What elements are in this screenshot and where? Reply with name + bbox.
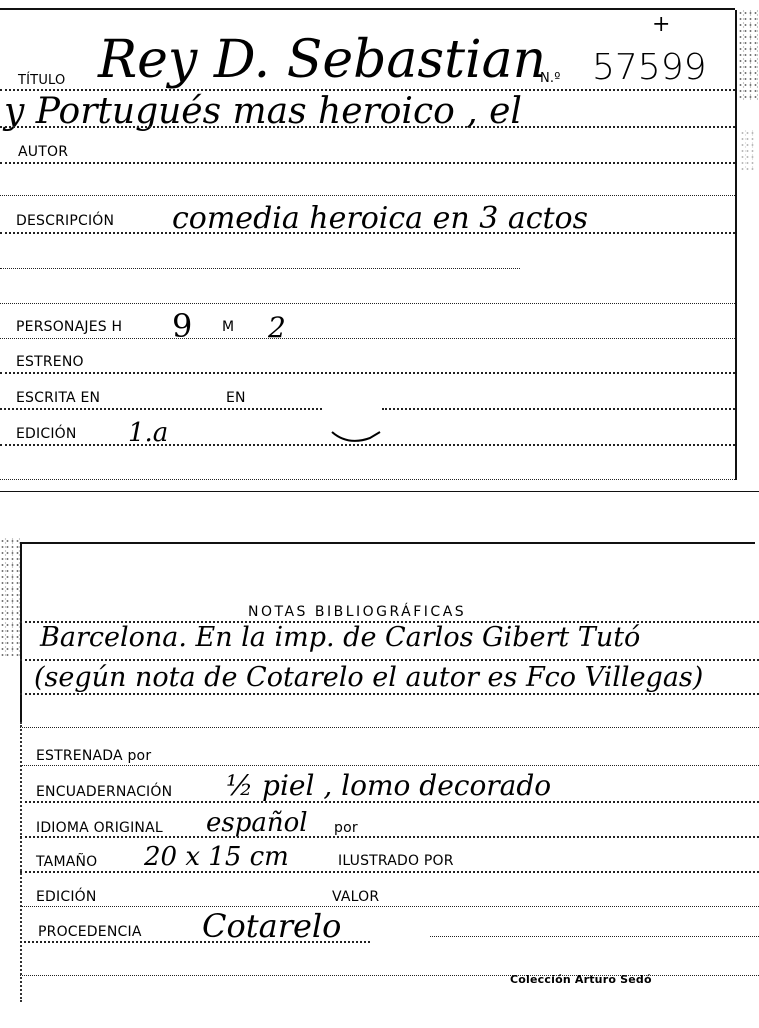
encuadernacion-value[interactable]: ½ piel , lomo decorado: [226, 772, 551, 800]
descripcion-value[interactable]: comedia heroica en 3 actos: [172, 204, 588, 234]
section-title: NOTAS BIBLIOGRÁFICAS: [248, 604, 466, 620]
idioma-label: IDIOMA ORIGINAL: [36, 821, 163, 835]
valor-label: VALOR: [332, 890, 379, 904]
footer-credit: Colección Arturo Sedó: [510, 974, 652, 985]
edicion-value[interactable]: 1.a: [128, 420, 168, 446]
top-card-top-border: [0, 8, 735, 10]
numero-value[interactable]: 57599: [592, 50, 707, 86]
card-separator: [0, 491, 759, 492]
personajes-label: PERSONAJES H: [16, 320, 122, 334]
descripcion-rule: [0, 232, 735, 234]
titulo-label: TÍTULO: [18, 74, 65, 87]
scan-noise: [0, 538, 20, 658]
procedencia-value[interactable]: Cotarelo: [202, 910, 341, 942]
top-card: + TÍTULO Rey D. Sebastian N.º 57599 y Po…: [0, 0, 759, 495]
descripcion-label: DESCRIPCIÓN: [16, 214, 114, 228]
autor-rule: [0, 162, 735, 164]
encuadernacion-label: ENCUADERNACIÓN: [36, 785, 172, 799]
titulo-line2-rule: [0, 126, 735, 128]
notes-rule-2: [20, 693, 759, 695]
top-card-right-border: [735, 10, 737, 480]
procedencia-label: PROCEDENCIA: [38, 925, 142, 939]
blank-rule: [0, 303, 735, 304]
scan-noise: [738, 10, 758, 100]
tamano-rule: [20, 871, 759, 873]
personajes-m-label: M: [222, 320, 234, 334]
procedencia-rule: [20, 941, 370, 943]
estreno-rule: [0, 372, 735, 374]
blank-rule: [0, 195, 735, 196]
idioma-value[interactable]: español: [206, 810, 308, 836]
notes-rule-3: [20, 727, 759, 728]
titulo-value-line1[interactable]: Rey D. Sebastian: [98, 34, 546, 86]
estreno-label: ESTRENO: [16, 355, 84, 369]
titulo-value-line2[interactable]: y Portugués mas heroico , el: [4, 94, 522, 130]
bottom-card-left-border: [20, 542, 22, 722]
autor-label: AUTOR: [18, 145, 68, 159]
estrenada-label: ESTRENADA por: [36, 749, 151, 763]
bottom-card-left-border-lower: [20, 722, 22, 1002]
pen-stroke: [330, 428, 386, 446]
idioma-rule: [20, 836, 759, 838]
edicion-label-bottom: EDICIÓN: [36, 890, 97, 904]
bottom-card: NOTAS BIBLIOGRÁFICAS Barcelona. En la im…: [0, 530, 759, 1028]
encuadernacion-rule: [20, 801, 759, 803]
personajes-rule: [0, 338, 735, 339]
idioma-por-label: por: [334, 821, 358, 835]
tamano-label: TAMAÑO: [36, 855, 97, 869]
scan-noise: [740, 130, 754, 170]
corner-mark: +: [652, 14, 670, 36]
escrita-en-label: ESCRITA EN: [16, 391, 100, 405]
procedencia-rule-right: [430, 936, 759, 937]
ilustrado-label: ILUSTRADO POR: [338, 854, 454, 868]
blank-rule: [0, 268, 520, 269]
bottom-card-top-border: [20, 542, 755, 544]
en-label: EN: [226, 391, 246, 405]
tamano-value[interactable]: 20 x 15 cm: [144, 844, 289, 870]
notes-line2[interactable]: (según nota de Cotarelo el autor es Fco …: [34, 664, 703, 691]
notes-rule-1: [20, 659, 759, 661]
edicion-valor-rule: [20, 906, 759, 907]
numero-label: N.º: [540, 72, 561, 85]
escrita-en-rule: [0, 408, 322, 410]
blank-rule: [0, 479, 735, 480]
notes-line1[interactable]: Barcelona. En la imp. de Carlos Gibert T…: [40, 624, 640, 651]
edicion-label: EDICIÓN: [16, 427, 77, 441]
escrita-en-rule-right: [382, 408, 735, 410]
estrenada-rule: [20, 765, 759, 766]
